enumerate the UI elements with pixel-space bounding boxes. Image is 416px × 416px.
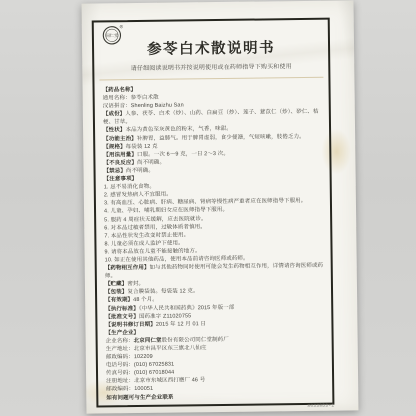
leaflet-paper: 同仁堂 ® 参苓白术散说明书 请仔细阅读说明书并按说明使用或在药师指导下购买和使… <box>82 0 359 413</box>
header-divider <box>99 77 323 81</box>
leaflet-title: 参苓白术散说明书 <box>94 36 328 60</box>
leaflet-body: 【药品名称】通用名称：参苓白术散汉语拼音：Shenling Baizhu San… <box>103 84 327 402</box>
leaflet-border-frame: 同仁堂 ® 参苓白术散说明书 请仔细阅读说明书并按说明使用或在药师指导下购买和使… <box>92 18 335 408</box>
leaflet-subtitle: 请仔细阅读说明书并按说明使用或在药师指导下购买和使用 <box>94 61 328 73</box>
photo-background: 同仁堂 ® 参苓白术散说明书 请仔细阅读说明书并按说明使用或在药师指导下购买和使… <box>0 0 416 416</box>
registered-trademark-mark: ® <box>120 24 123 29</box>
print-code: 80338D3-1 <box>307 404 334 409</box>
logo-text: 同仁堂 <box>106 32 119 39</box>
tongrentang-seal-logo-icon: 同仁堂 ® <box>102 25 128 47</box>
